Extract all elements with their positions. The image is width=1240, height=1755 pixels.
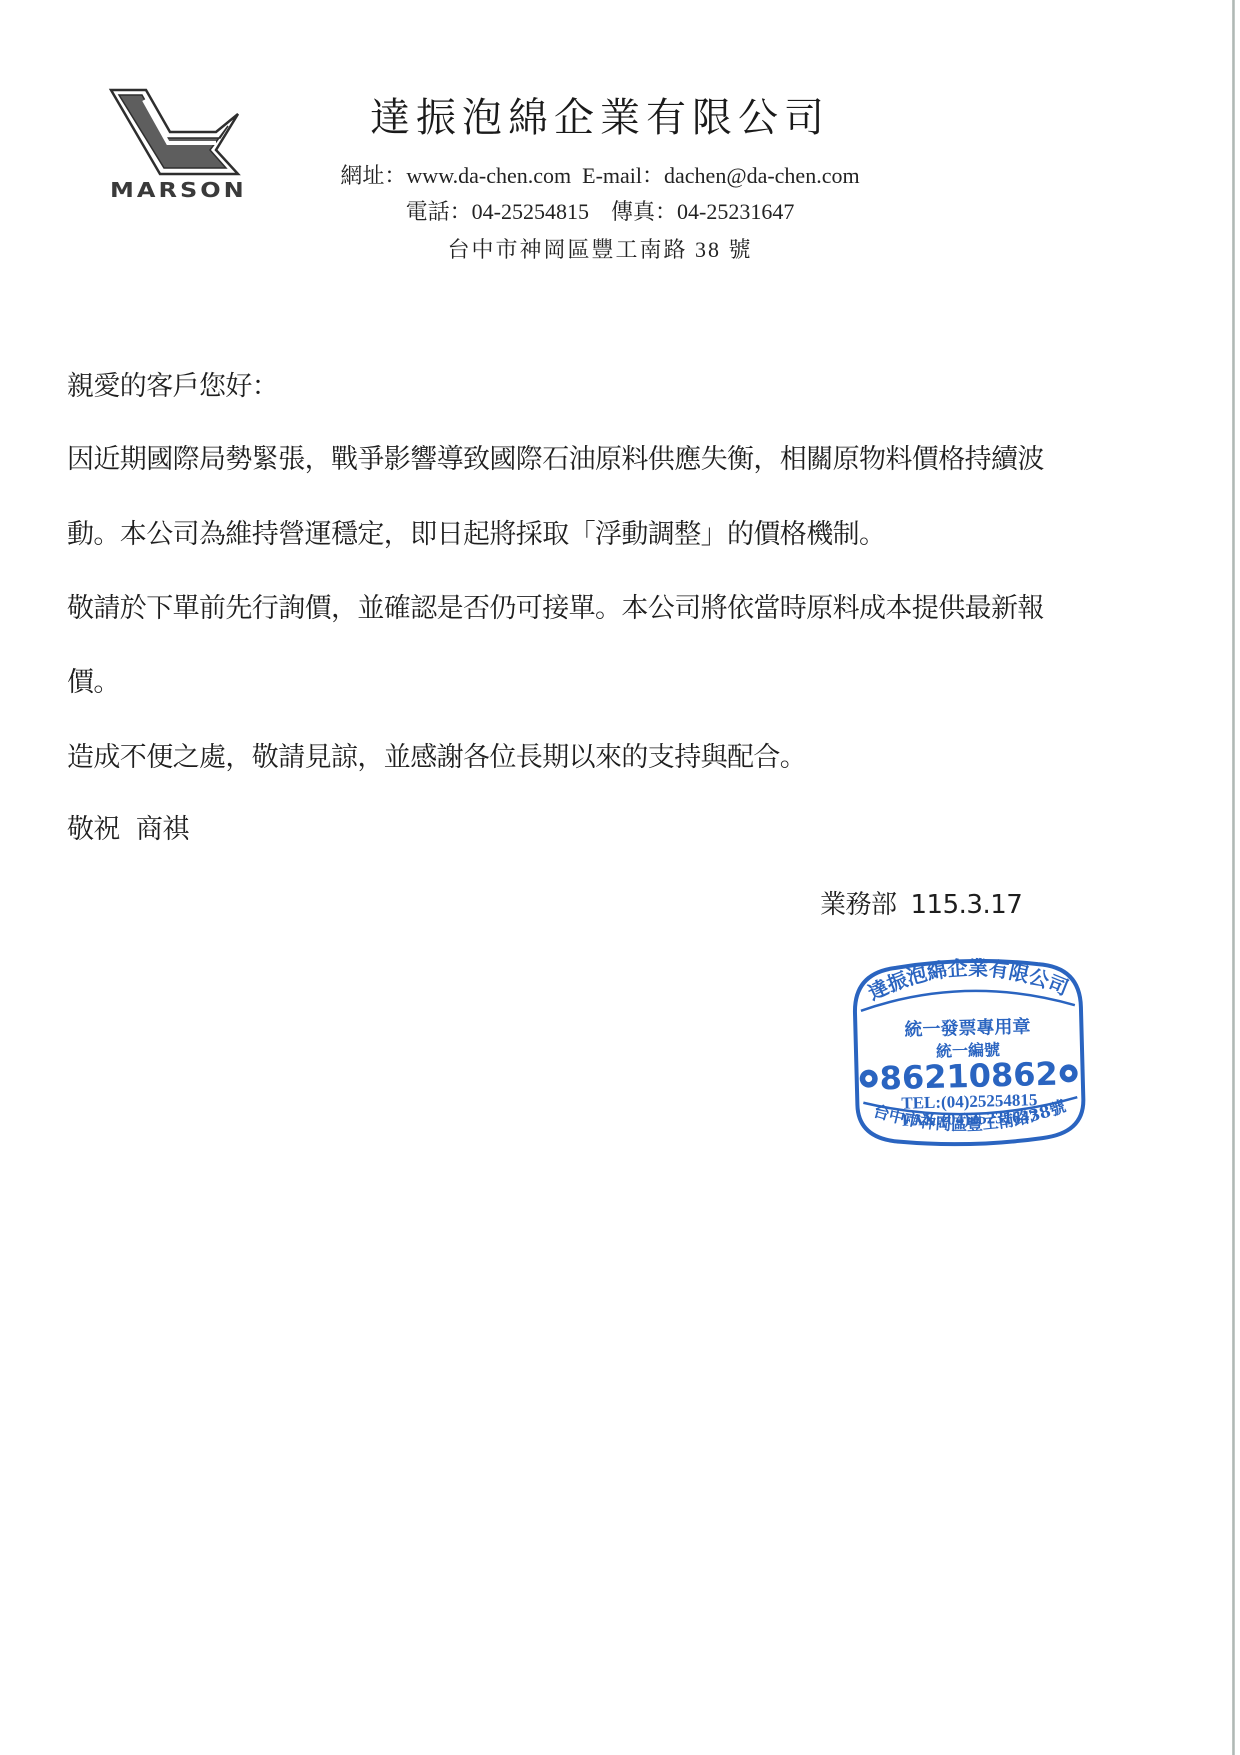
signature: 業務部115.3.17: [820, 884, 1022, 921]
page-edge: [1232, 0, 1235, 1755]
body-line: 敬請於下單前先行詢價，並確認是否仍可接單。本公司將依當時原料成本提供最新報: [67, 586, 1044, 625]
company-stamp: 達振泡綿企業有限公司 統一發票專用章 統一編號 86210862 TEL:(04…: [845, 949, 1090, 1151]
closing-wish: 商祺: [136, 814, 189, 845]
body-line: 動。本公司為維持營運穩定，即日起將採取「浮動調整」的價格機制。: [67, 512, 885, 551]
contact-phone-fax: 電話：04-25254815 傳真：04-25231647: [240, 195, 960, 226]
closing: 敬祝商祺: [67, 807, 189, 846]
company-name: 達振泡綿企業有限公司: [300, 86, 900, 143]
greeting: 親愛的客戶您好：: [67, 364, 278, 403]
logo-wordmark: MARSON: [110, 178, 246, 202]
stamp-line1: 統一發票專用章: [904, 1015, 1031, 1040]
body-line: 造成不便之處，敬請見諒，並感謝各位長期以來的支持與配合。: [67, 735, 806, 774]
plum-blossom-icon: [1059, 1064, 1077, 1082]
marson-logo-icon: [108, 88, 248, 178]
date: 115.3.17: [911, 890, 1023, 920]
plum-blossom-icon: [859, 1069, 877, 1087]
contact-web-email: 網址：www.da-chen.com E-mail：dachen@da-chen…: [240, 159, 960, 190]
company-logo: MARSON: [108, 88, 248, 206]
department: 業務部: [820, 890, 897, 920]
invoice-stamp-icon: 達振泡綿企業有限公司 統一發票專用章 統一編號 86210862 TEL:(04…: [845, 949, 1090, 1151]
body-line: 價。: [67, 660, 120, 699]
closing-salutation: 敬祝: [67, 814, 120, 845]
company-address: 台中市神岡區豐工南路 38 號: [240, 233, 960, 264]
body-line: 因近期國際局勢緊張，戰爭影響導致國際石油原料供應失衡，相關原物料價格持續波: [67, 437, 1044, 476]
